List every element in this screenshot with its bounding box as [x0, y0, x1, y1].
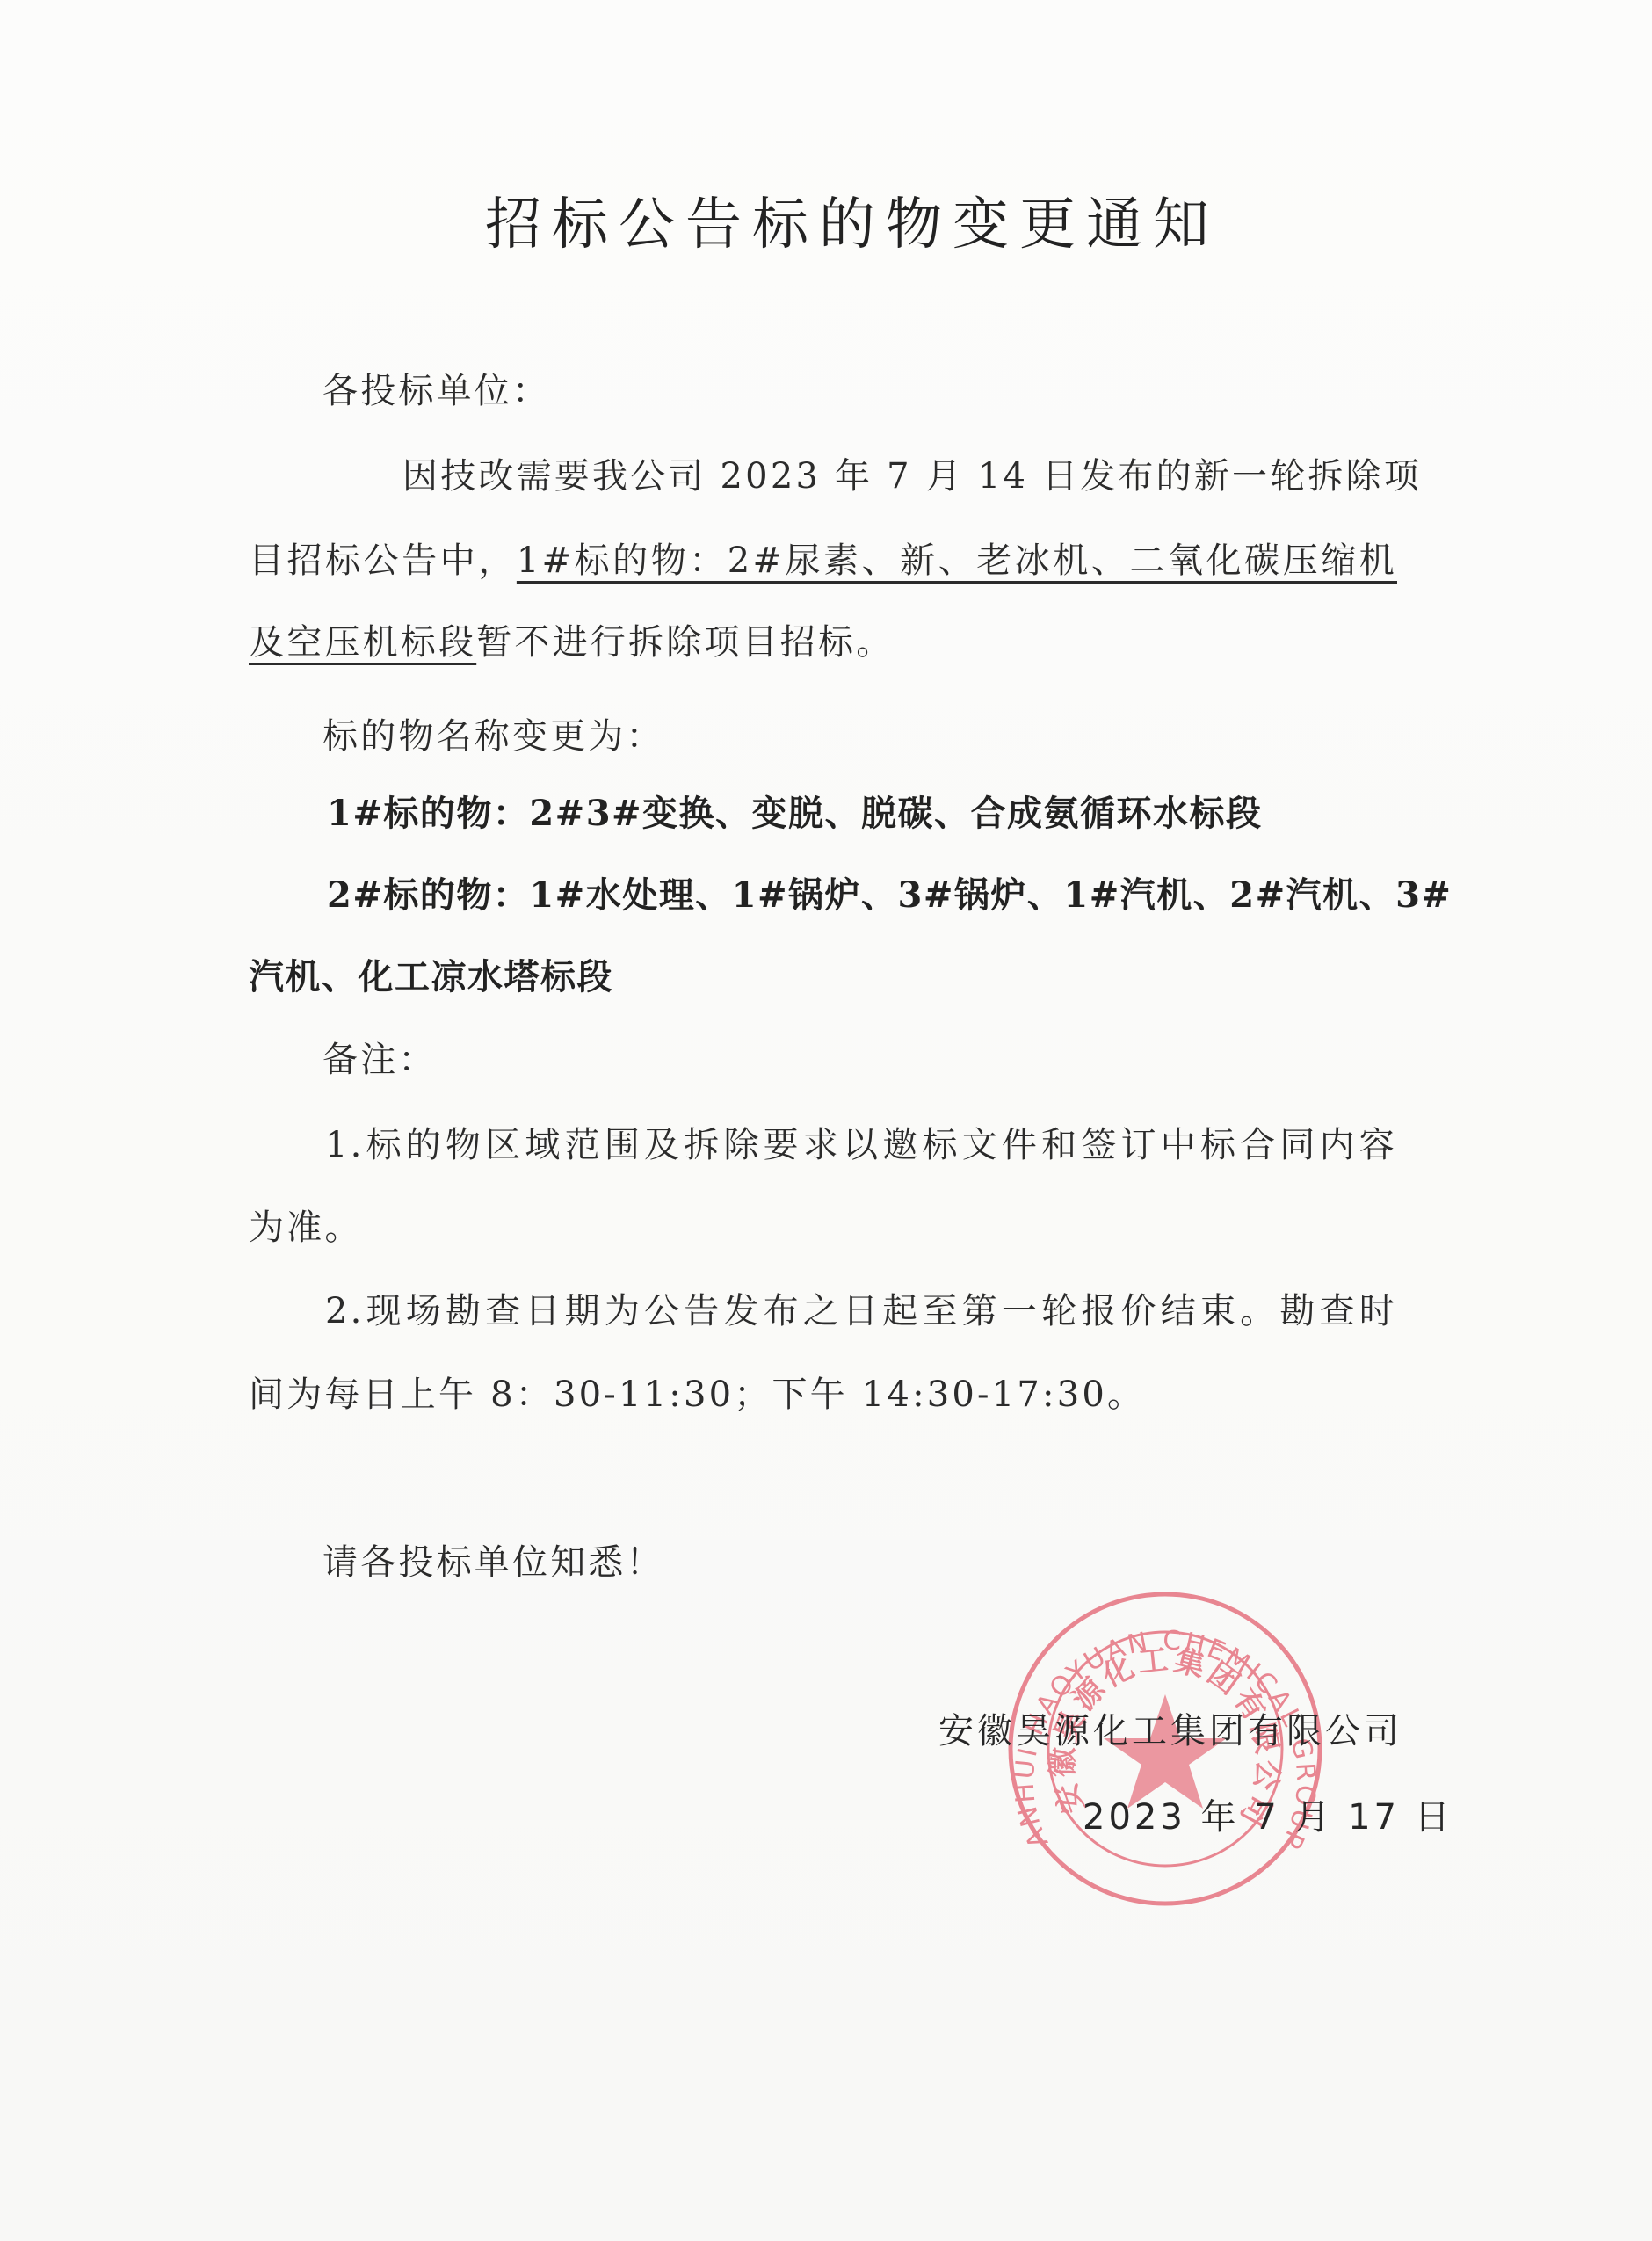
signature-company: 安徽昊源化工集团有限公司 [938, 1708, 1402, 1754]
document-page: 招标公告标的物变更通知 各投标单位： 因技改需要我公司 2023 年 7 月 1… [0, 0, 1652, 2241]
salutation: 各投标单位： [322, 368, 550, 414]
lot-2-line1: 2#标的物：1#水处理、1#锅炉、3#锅炉、1#汽机、2#汽机、3# [327, 873, 1397, 918]
remark-1-line2: 为准。 [249, 1205, 363, 1251]
closing-text: 请各投标单位知悉！ [322, 1540, 664, 1585]
signature-date: 2023 年 7 月 17 日 [1083, 1795, 1453, 1840]
change-heading: 标的物名称变更为： [322, 714, 664, 759]
remark-2-line2: 间为每日上午 8：30-11:30；下午 14:30-17:30。 [249, 1372, 1145, 1418]
cancelled-lot-text-cont: 及空压机标段 [249, 622, 476, 663]
lot-1-line1: 1#标的物：2#3#变换、变脱、脱碳、合成氨循环水标段 [327, 791, 1263, 837]
page-title: 招标公告标的物变更通知 [485, 192, 1170, 258]
paragraph1-line3-suffix: 暂不进行拆除项目招标。 [476, 622, 894, 663]
cancelled-lot-text: 1#标的物：2#尿素、新、老冰机、二氧化碳压缩机 [517, 540, 1397, 581]
lot-2-line2: 汽机、化工凉水塔标段 [249, 954, 613, 1000]
paragraph1-line2-prefix: 目招标公告中， [249, 540, 517, 581]
remarks-heading: 备注： [322, 1037, 437, 1083]
paragraph1-line3: 及空压机标段暂不进行拆除项目招标。 [249, 620, 894, 665]
remark-2-line1: 2.现场勘查日期为公告发布之日起至第一轮报价结束。勘查时 [325, 1288, 1397, 1334]
remark-1-line1: 1.标的物区域范围及拆除要求以邀标文件和签订中标合同内容 [325, 1122, 1397, 1168]
paragraph1-line2: 目招标公告中，1#标的物：2#尿素、新、老冰机、二氧化碳压缩机 [249, 538, 1397, 584]
paragraph1-line1: 因技改需要我公司 2023 年 7 月 14 日发布的新一轮拆除项 [402, 453, 1397, 499]
